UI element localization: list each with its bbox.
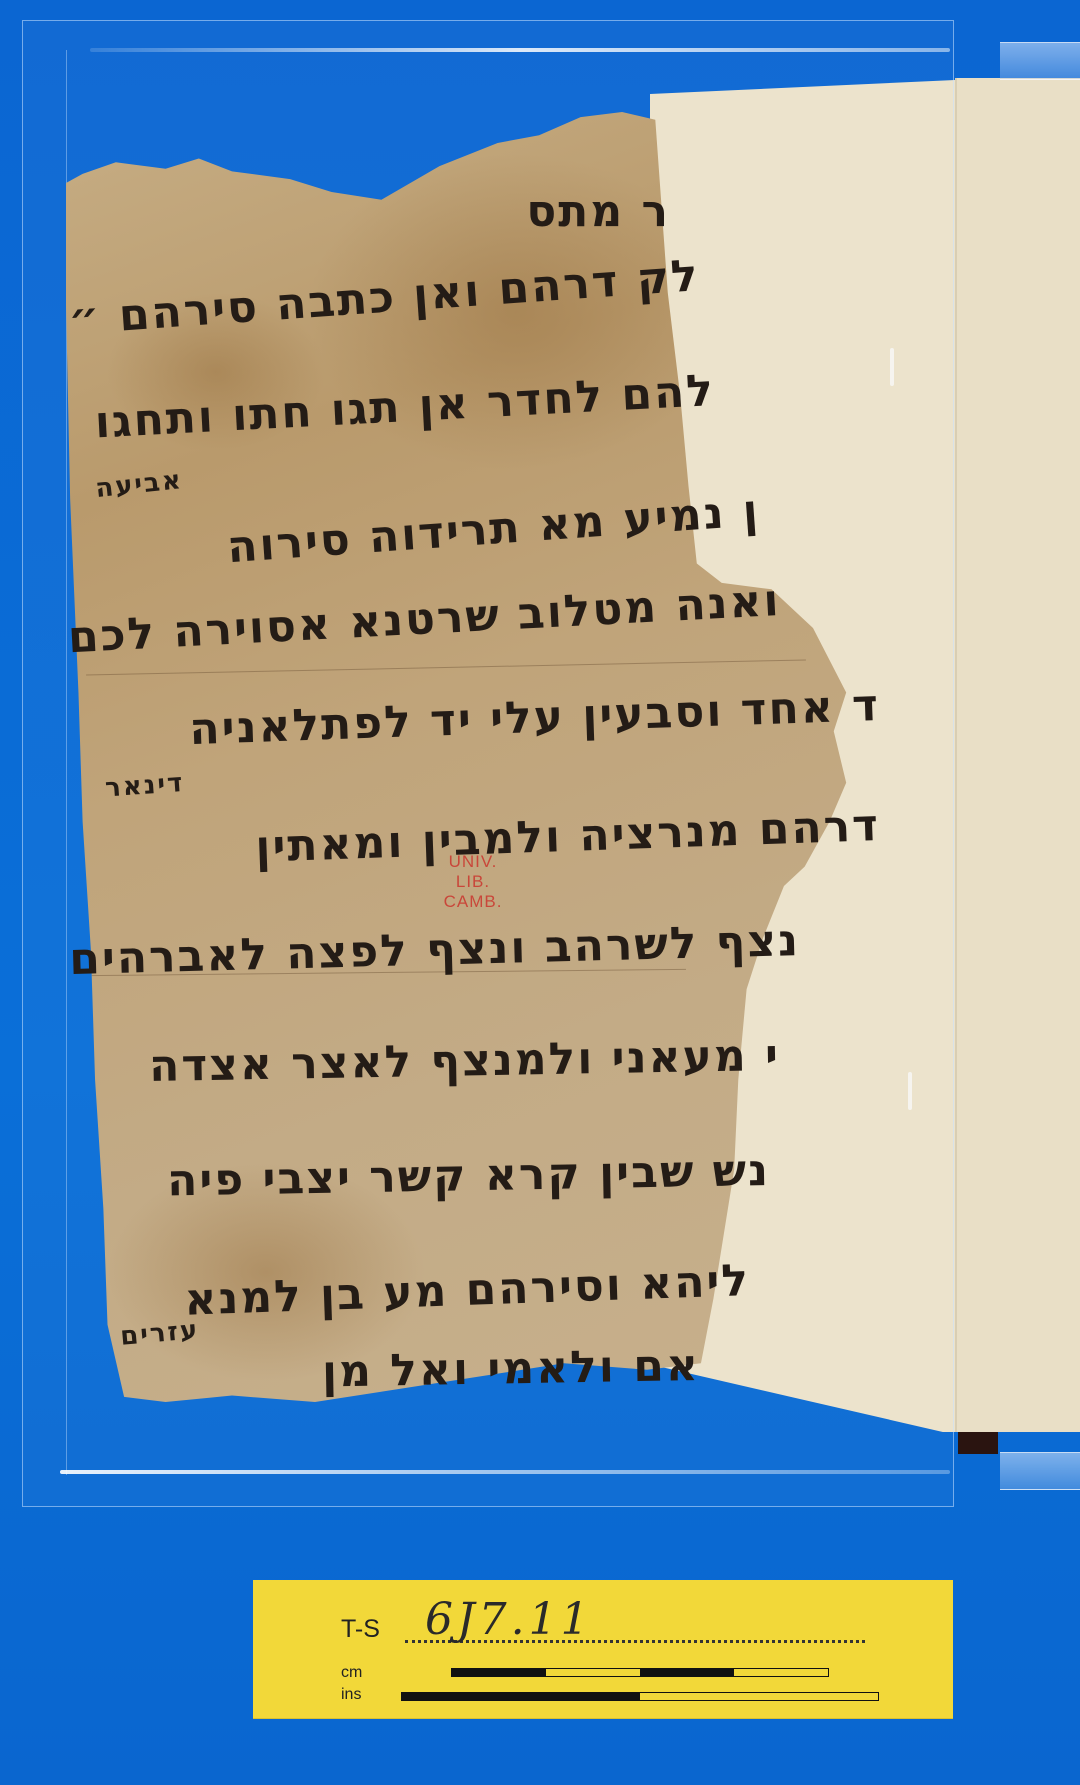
manuscript-line: נש שבין קרא קשר יצבי פיה [167, 1145, 771, 1207]
sleeve-glare-top [90, 48, 950, 52]
manuscript-line: ר מתס [526, 186, 670, 237]
stamp-line: UNIV. [438, 852, 508, 872]
sleeve-tab-top [1000, 42, 1080, 80]
stamp-line: CAMB. [438, 892, 508, 912]
scale-bar-cm [451, 1668, 829, 1677]
scale-cm-label: cm [341, 1664, 362, 1682]
shelfmark-label: T-S 6J7.11 cm ins [253, 1580, 953, 1718]
collection-prefix: T-S [341, 1615, 380, 1644]
shelfmark-number: 6J7.11 [425, 1594, 593, 1645]
library-stamp: UNIV. LIB. CAMB. [438, 852, 508, 912]
scale-ins-label: ins [341, 1686, 361, 1704]
fold-crease [86, 659, 806, 675]
mount-page-right [955, 78, 1080, 1432]
sleeve-tab-bottom [1000, 1452, 1080, 1490]
stamp-line: LIB. [438, 872, 508, 892]
sleeve-glare-bottom [60, 1470, 950, 1474]
manuscript-line: אם ולאמי ואל מן [322, 1340, 701, 1398]
manuscript-marginal-note: דינאר [104, 768, 185, 803]
scale-bar-ins [401, 1692, 879, 1701]
binding-shadow [958, 1432, 998, 1454]
